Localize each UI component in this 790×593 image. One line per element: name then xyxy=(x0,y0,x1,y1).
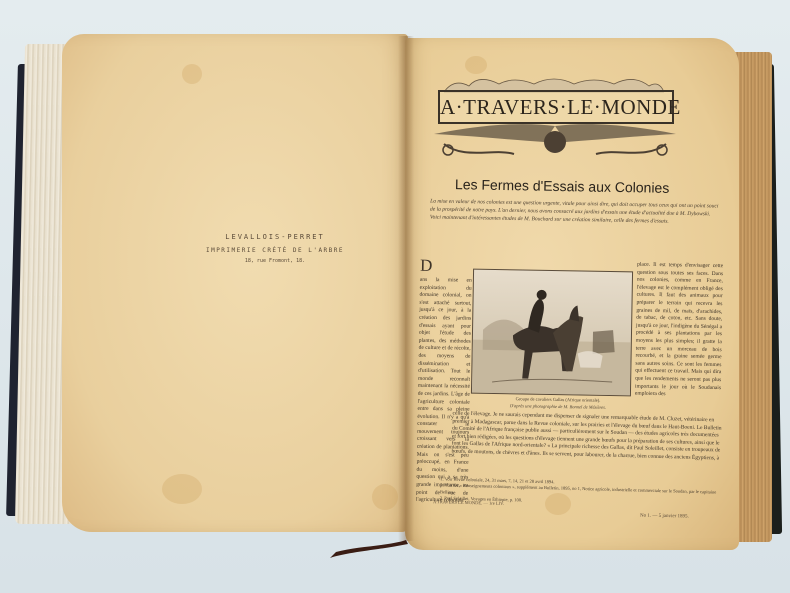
article-intro: La mise en valeur de nos colonies est un… xyxy=(430,197,720,226)
column-1-text: ans la mise en exploitation du domaine c… xyxy=(416,277,472,506)
engraving-gallas-horsemen xyxy=(471,269,633,397)
illustration-caption: Groupe de cavaliers Gallas (Afrique orie… xyxy=(478,395,638,412)
masthead: A·TRAVERS·LE·MONDE xyxy=(424,68,686,160)
masthead-title: A·TRAVERS·LE·MONDE xyxy=(440,92,672,122)
foxing-stain xyxy=(182,64,202,84)
article-lower-text: celle de l'élevage. Je ne saurais cepend… xyxy=(451,410,722,463)
imprint-city: LEVALLOIS-PERRET xyxy=(170,233,380,241)
drop-cap: D xyxy=(420,259,433,273)
issue-footer: No 1. — 5 janvier 1895. xyxy=(640,514,689,520)
ribbon-bookmark xyxy=(328,540,408,560)
left-page xyxy=(62,34,408,532)
foxing-stain xyxy=(372,484,398,510)
imprint-address: 18, rue Fromont, 18. xyxy=(170,258,380,264)
imprint-printer: IMPRIMERIE CRÉTÉ DE L'ARBRE xyxy=(170,247,380,254)
printer-imprint: LEVALLOIS-PERRET IMPRIMERIE CRÉTÉ DE L'A… xyxy=(170,233,380,264)
foxing-stain xyxy=(162,474,202,504)
masthead-banner: A·TRAVERS·LE·MONDE xyxy=(438,90,674,124)
horsemen-engraving xyxy=(472,270,632,396)
book-gutter xyxy=(398,36,414,541)
winged-globe-ornament xyxy=(424,120,686,160)
